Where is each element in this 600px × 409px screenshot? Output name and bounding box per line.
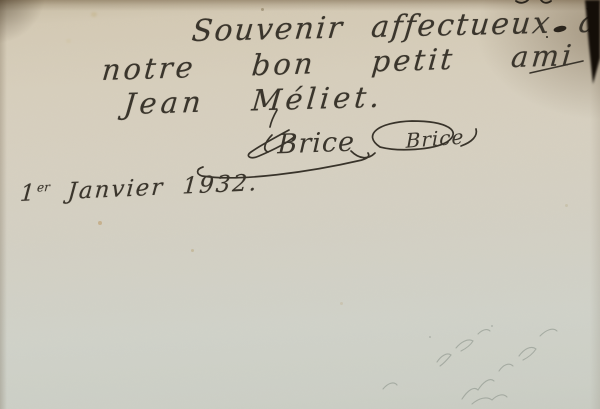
date-rest: Janvier 1932.: [48, 170, 259, 206]
signature-name-secondary: Brice: [405, 125, 465, 153]
foxing-speck: [340, 302, 343, 305]
foxing-speck: [191, 249, 194, 252]
inscription-line-3: Jean Méliet.: [122, 80, 385, 121]
foxing-speck: [91, 12, 97, 17]
signature-paraph-triangle: [248, 130, 294, 158]
foxing-speck: [98, 221, 102, 225]
signature-connector: [351, 151, 375, 158]
foxing-speck: [565, 204, 568, 207]
signature-oval-flourish: [373, 121, 454, 150]
inscription-line-2: notre bon petit ami: [100, 38, 575, 87]
foxing-speck: [66, 39, 71, 43]
signature: Brice Brice: [198, 110, 477, 178]
foxing-speck: [261, 8, 264, 11]
date-day: 1: [19, 180, 38, 207]
pencil-scribbles: [383, 325, 557, 404]
signature-name-primary: Brice: [276, 127, 355, 161]
inscription-date: 1er Janvier 1932.: [19, 170, 259, 207]
top-edge-ink-marks: [516, 0, 551, 3]
signature-paraph-inner: [265, 135, 272, 152]
signature-end-swash: [461, 129, 476, 146]
book-page-photo: Brice Brice Souvenir affectueux à notre …: [0, 0, 600, 409]
